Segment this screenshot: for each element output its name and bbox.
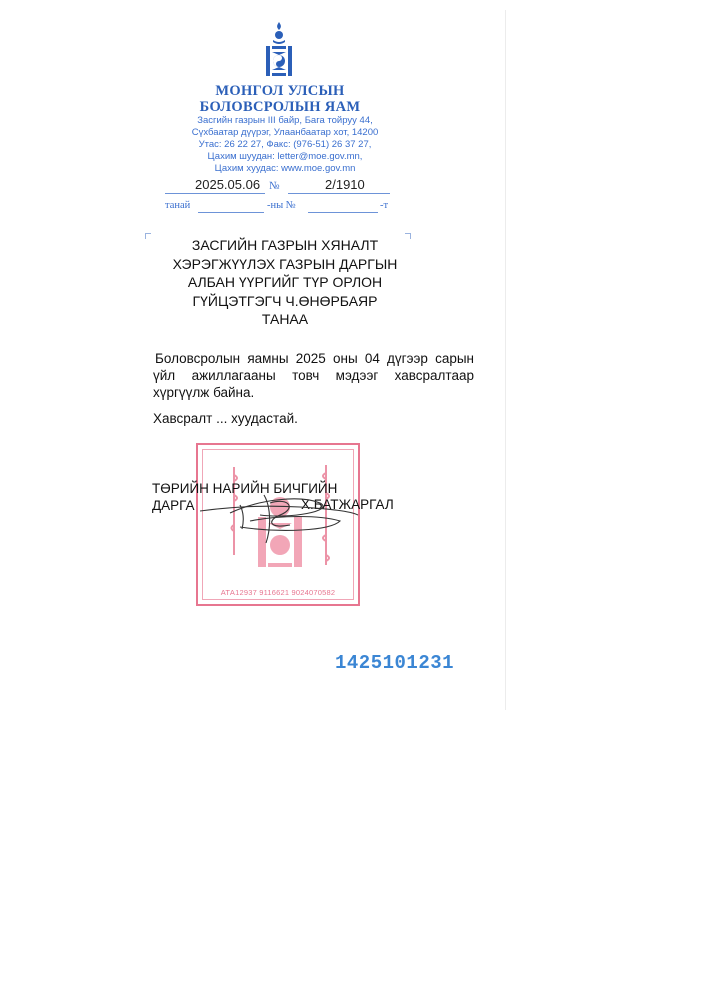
addressee-line: ЗАСГИЙН ГАЗРЫН ХЯНАЛТ [160, 236, 410, 255]
number-underline [288, 193, 390, 194]
website-line: Цахим хуудас: www.moe.gov.mn [160, 163, 410, 175]
number-label: № [269, 180, 280, 192]
outgoing-reference: 2025.05.06 № 2/1910 [165, 177, 390, 195]
page-edge-line [505, 10, 506, 710]
addressee-line: ТАНАА [160, 310, 410, 329]
your-number-label: -ны № [267, 200, 296, 211]
letter-body: Боловсролын яамны 2025 оны 04 дүгээр сар… [153, 350, 474, 401]
ministry-address: Засгийн газрын III байр, Бага тойруу 44,… [160, 115, 410, 175]
phone-fax-line: Утас: 26 22 27, Факс: (976-51) 26 37 27, [160, 139, 410, 151]
soyombo-emblem-icon [264, 22, 294, 78]
address-line: Засгийн газрын III байр, Бага тойруу 44, [160, 115, 410, 127]
your-ref-suffix: -т [380, 200, 388, 211]
body-paragraph: Боловсролын яамны 2025 оны 04 дүгээр сар… [153, 350, 474, 401]
letter-number: 2/1910 [325, 177, 365, 192]
addressee-corner-mark [145, 233, 151, 239]
addressee-block: ЗАСГИЙН ГАЗРЫН ХЯНАЛТ ХЭРЭГЖҮҮЛЭХ ГАЗРЫН… [160, 236, 410, 329]
registration-number-stamp: 1425101231 [335, 652, 454, 674]
body-paragraph-text: Боловсролын яамны 2025 оны 04 дүгээр сар… [153, 351, 474, 400]
addressee-line: ГҮЙЦЭТГЭГЧ Ч.ӨНӨРБАЯР [160, 292, 410, 311]
attachment-note: Хавсралт ... хуудастай. [153, 411, 298, 426]
ministry-line-2: БОЛОВСРОЛЫН ЯАМ [160, 99, 400, 115]
handwritten-signature [200, 485, 360, 545]
your-ref-label: танай [165, 200, 190, 211]
email-line: Цахим шуудан: letter@moe.gov.mn, [160, 151, 410, 163]
addressee-line: АЛБАН ҮҮРГИЙГ ТҮР ОРЛОН [160, 273, 410, 292]
your-number-blank [308, 212, 378, 213]
ministry-line-1: МОНГОЛ УЛСЫН [160, 83, 400, 99]
letter-date: 2025.05.06 [195, 177, 260, 192]
address-line: Сүхбаатар дүүрэг, Улаанбаатар хот, 14200 [160, 127, 410, 139]
date-underline [165, 193, 265, 194]
addressee-line: ХЭРЭГЖҮҮЛЭХ ГАЗРЫН ДАРГЫН [160, 255, 410, 274]
ministry-name: МОНГОЛ УЛСЫН БОЛОВСРОЛЫН ЯАМ [160, 83, 400, 115]
incoming-reference: танай -ны № -т [165, 200, 395, 216]
your-date-blank [198, 212, 264, 213]
seal-code: АТА12937 9116621 9024070582 [198, 588, 358, 597]
